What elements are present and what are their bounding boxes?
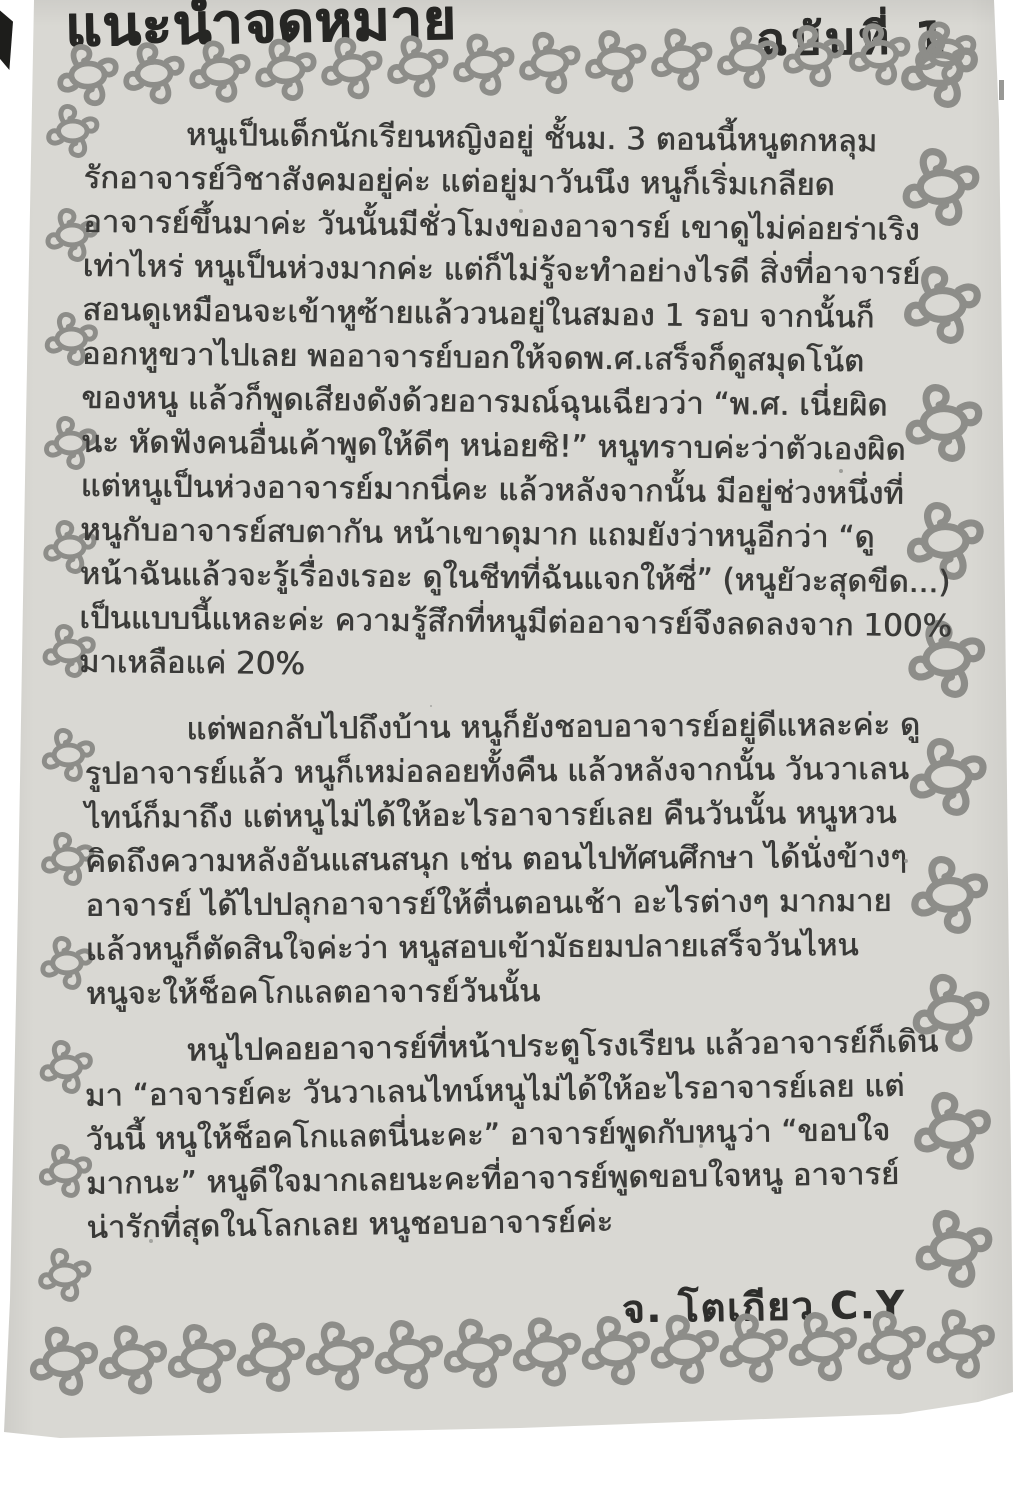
ornament-border-bottom-icon [23, 1304, 986, 1402]
letter-paragraph-1: หนูเป็นเด็กนักเรียนหญิงอยู่ ชั้นม. 3 ตอน… [79, 112, 932, 692]
letter-line: มาเหลือแค่ 20% [79, 640, 927, 692]
letter-line: แล้วหนูก็ตัดสินใจค่ะว่า หนูสอบเข้ามัธยมป… [85, 923, 933, 972]
scan-edge-artifact [999, 80, 1004, 100]
letter-line: แต่พอกลับไปถึงบ้าน หนูก็ยังชอบอาจารย์อยู… [84, 703, 932, 752]
paper-specks [0, 0, 2, 2]
scan-edge-artifact [0, 8, 13, 70]
scanned-page: แนะนำจดหมาย ฉบับที่ 1 หนูเป็นเด็กนักเรีย… [0, 0, 1016, 1500]
letter-line: รูปอาจารย์แล้ว หนูก็เหม่อลอยทั้งคืน แล้ว… [84, 747, 932, 796]
letter-line: น่ารักที่สุดในโลกเลย หนูชอบอาจารย์ค่ะ [86, 1196, 934, 1250]
letter-line: ไทน์ก็มาถึง แต่หนูไม่ได้ให้อะไรอาจารย์เล… [85, 791, 933, 840]
letter-line: หนูจะให้ช็อคโกแลตอาจารย์วันนั้น [86, 967, 934, 1016]
letter-paragraph-3: หนูไปคอยอาจารย์ที่หน้าประตูโรงเรียน แล้ว… [84, 1020, 935, 1250]
letter-line: อาจารย์ ได้ไปปลุกอาจารย์ให้ตื่นตอนเช้า อ… [85, 879, 933, 928]
letter-paragraph-2: แต่พอกลับไปถึงบ้าน หนูก็ยังชอบอาจารย์อยู… [84, 703, 934, 1016]
letter-line: คิดถึงความหลังอันแสนสนุก เช่น ตอนไปทัศนศ… [85, 835, 933, 884]
